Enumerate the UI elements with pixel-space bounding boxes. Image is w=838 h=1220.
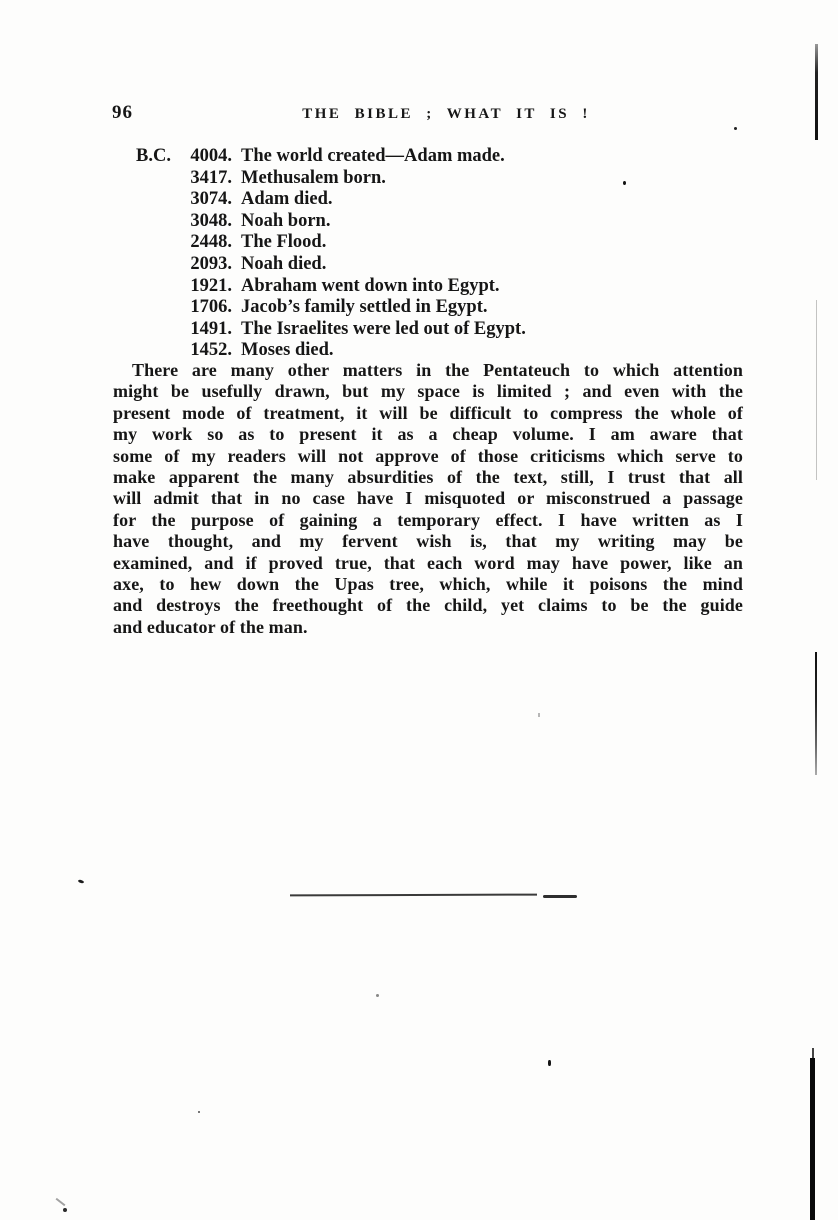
list-item: 1452. Moses died. bbox=[113, 340, 763, 362]
scan-speck bbox=[78, 879, 85, 884]
paragraph-line: some of my readers will not approve of t… bbox=[113, 446, 743, 467]
event-text: Abraham went down into Egypt. bbox=[241, 276, 500, 298]
paragraph-line: make apparent the many absurdities of th… bbox=[113, 467, 743, 488]
list-item: B.C. 4004. The world created—Adam made. bbox=[113, 146, 763, 168]
separator-rule bbox=[290, 894, 537, 897]
scan-speck bbox=[538, 713, 540, 717]
era-label bbox=[136, 340, 185, 362]
list-item: 2093. Noah died. bbox=[113, 254, 763, 276]
scan-speck bbox=[198, 1111, 200, 1113]
paragraph-line: have thought, and my fervent wish is, th… bbox=[113, 531, 743, 552]
era-label bbox=[136, 319, 185, 341]
paragraph-line: and destroys the freethought of the chil… bbox=[113, 595, 743, 616]
list-item: 1921. Abraham went down into Egypt. bbox=[113, 276, 763, 298]
paragraph-line: will admit that in no case have I misquo… bbox=[113, 488, 743, 509]
scan-speck bbox=[548, 1060, 551, 1066]
scan-speck bbox=[376, 994, 379, 997]
year-label: 4004. bbox=[185, 146, 232, 168]
event-text: Jacob’s family settled in Egypt. bbox=[241, 297, 488, 319]
year-label: 1452. bbox=[185, 340, 232, 362]
separator-rule-dash bbox=[543, 895, 577, 898]
era-label bbox=[136, 297, 185, 319]
paragraph-line: present mode of treatment, it will be di… bbox=[113, 403, 743, 424]
year-label: 3074. bbox=[185, 189, 232, 211]
body-paragraph: There are many other matters in the Pent… bbox=[113, 360, 743, 638]
event-text: The Israelites were led out of Egypt. bbox=[241, 319, 526, 341]
paragraph-line: axe, to hew down the Upas tree, which, w… bbox=[113, 574, 743, 595]
era-label bbox=[136, 232, 185, 254]
event-text: The Flood. bbox=[241, 232, 326, 254]
event-text: Moses died. bbox=[241, 340, 334, 362]
event-text: Adam died. bbox=[241, 189, 333, 211]
chronology-list: B.C. 4004. The world created—Adam made. … bbox=[113, 146, 763, 362]
paragraph-line: examined, and if proved true, that each … bbox=[113, 553, 743, 574]
paragraph-line: and educator of the man. bbox=[113, 617, 743, 638]
year-label: 1706. bbox=[185, 297, 232, 319]
paragraph-line: my work so as to present it as a cheap v… bbox=[113, 424, 743, 445]
scanned-book-page: 96 THE BIBLE ; WHAT IT IS ! B.C. 4004. T… bbox=[0, 0, 838, 1220]
list-item: 3074. Adam died. bbox=[113, 189, 763, 211]
era-label bbox=[136, 211, 185, 233]
paragraph-line: might be usefully drawn, but my space is… bbox=[113, 381, 743, 402]
paragraph-line: There are many other matters in the Pent… bbox=[113, 360, 743, 381]
event-text: Noah born. bbox=[241, 211, 330, 233]
era-label bbox=[136, 276, 185, 298]
era-label: B.C. bbox=[136, 146, 185, 168]
scan-edge-artifact bbox=[815, 652, 817, 775]
event-text: The world created—Adam made. bbox=[241, 146, 505, 168]
list-item: 1706. Jacob’s family settled in Egypt. bbox=[113, 297, 763, 319]
list-item: 1491. The Israelites were led out of Egy… bbox=[113, 319, 763, 341]
year-label: 3417. bbox=[185, 168, 232, 190]
list-item: 2448. The Flood. bbox=[113, 232, 763, 254]
scan-edge-artifact bbox=[816, 300, 817, 480]
scan-speck bbox=[56, 1198, 66, 1206]
list-item: 3417. Methusalem born. bbox=[113, 168, 763, 190]
event-text: Noah died. bbox=[241, 254, 326, 276]
running-title: THE BIBLE ; WHAT IT IS ! bbox=[113, 106, 761, 123]
year-label: 2093. bbox=[185, 254, 232, 276]
year-label: 3048. bbox=[185, 211, 232, 233]
paragraph-line: for the purpose of gaining a temporary e… bbox=[113, 510, 743, 531]
year-label: 1491. bbox=[185, 319, 232, 341]
scan-speck bbox=[623, 181, 626, 185]
era-label bbox=[136, 168, 185, 190]
era-label bbox=[136, 254, 185, 276]
year-label: 1921. bbox=[185, 276, 232, 298]
era-label bbox=[136, 189, 185, 211]
scan-edge-artifact bbox=[810, 1058, 815, 1220]
year-label: 2448. bbox=[185, 232, 232, 254]
scan-edge-artifact bbox=[815, 44, 818, 140]
scan-speck bbox=[63, 1208, 67, 1212]
list-item: 3048. Noah born. bbox=[113, 211, 763, 233]
scan-speck bbox=[734, 127, 737, 130]
event-text: Methusalem born. bbox=[241, 168, 386, 190]
